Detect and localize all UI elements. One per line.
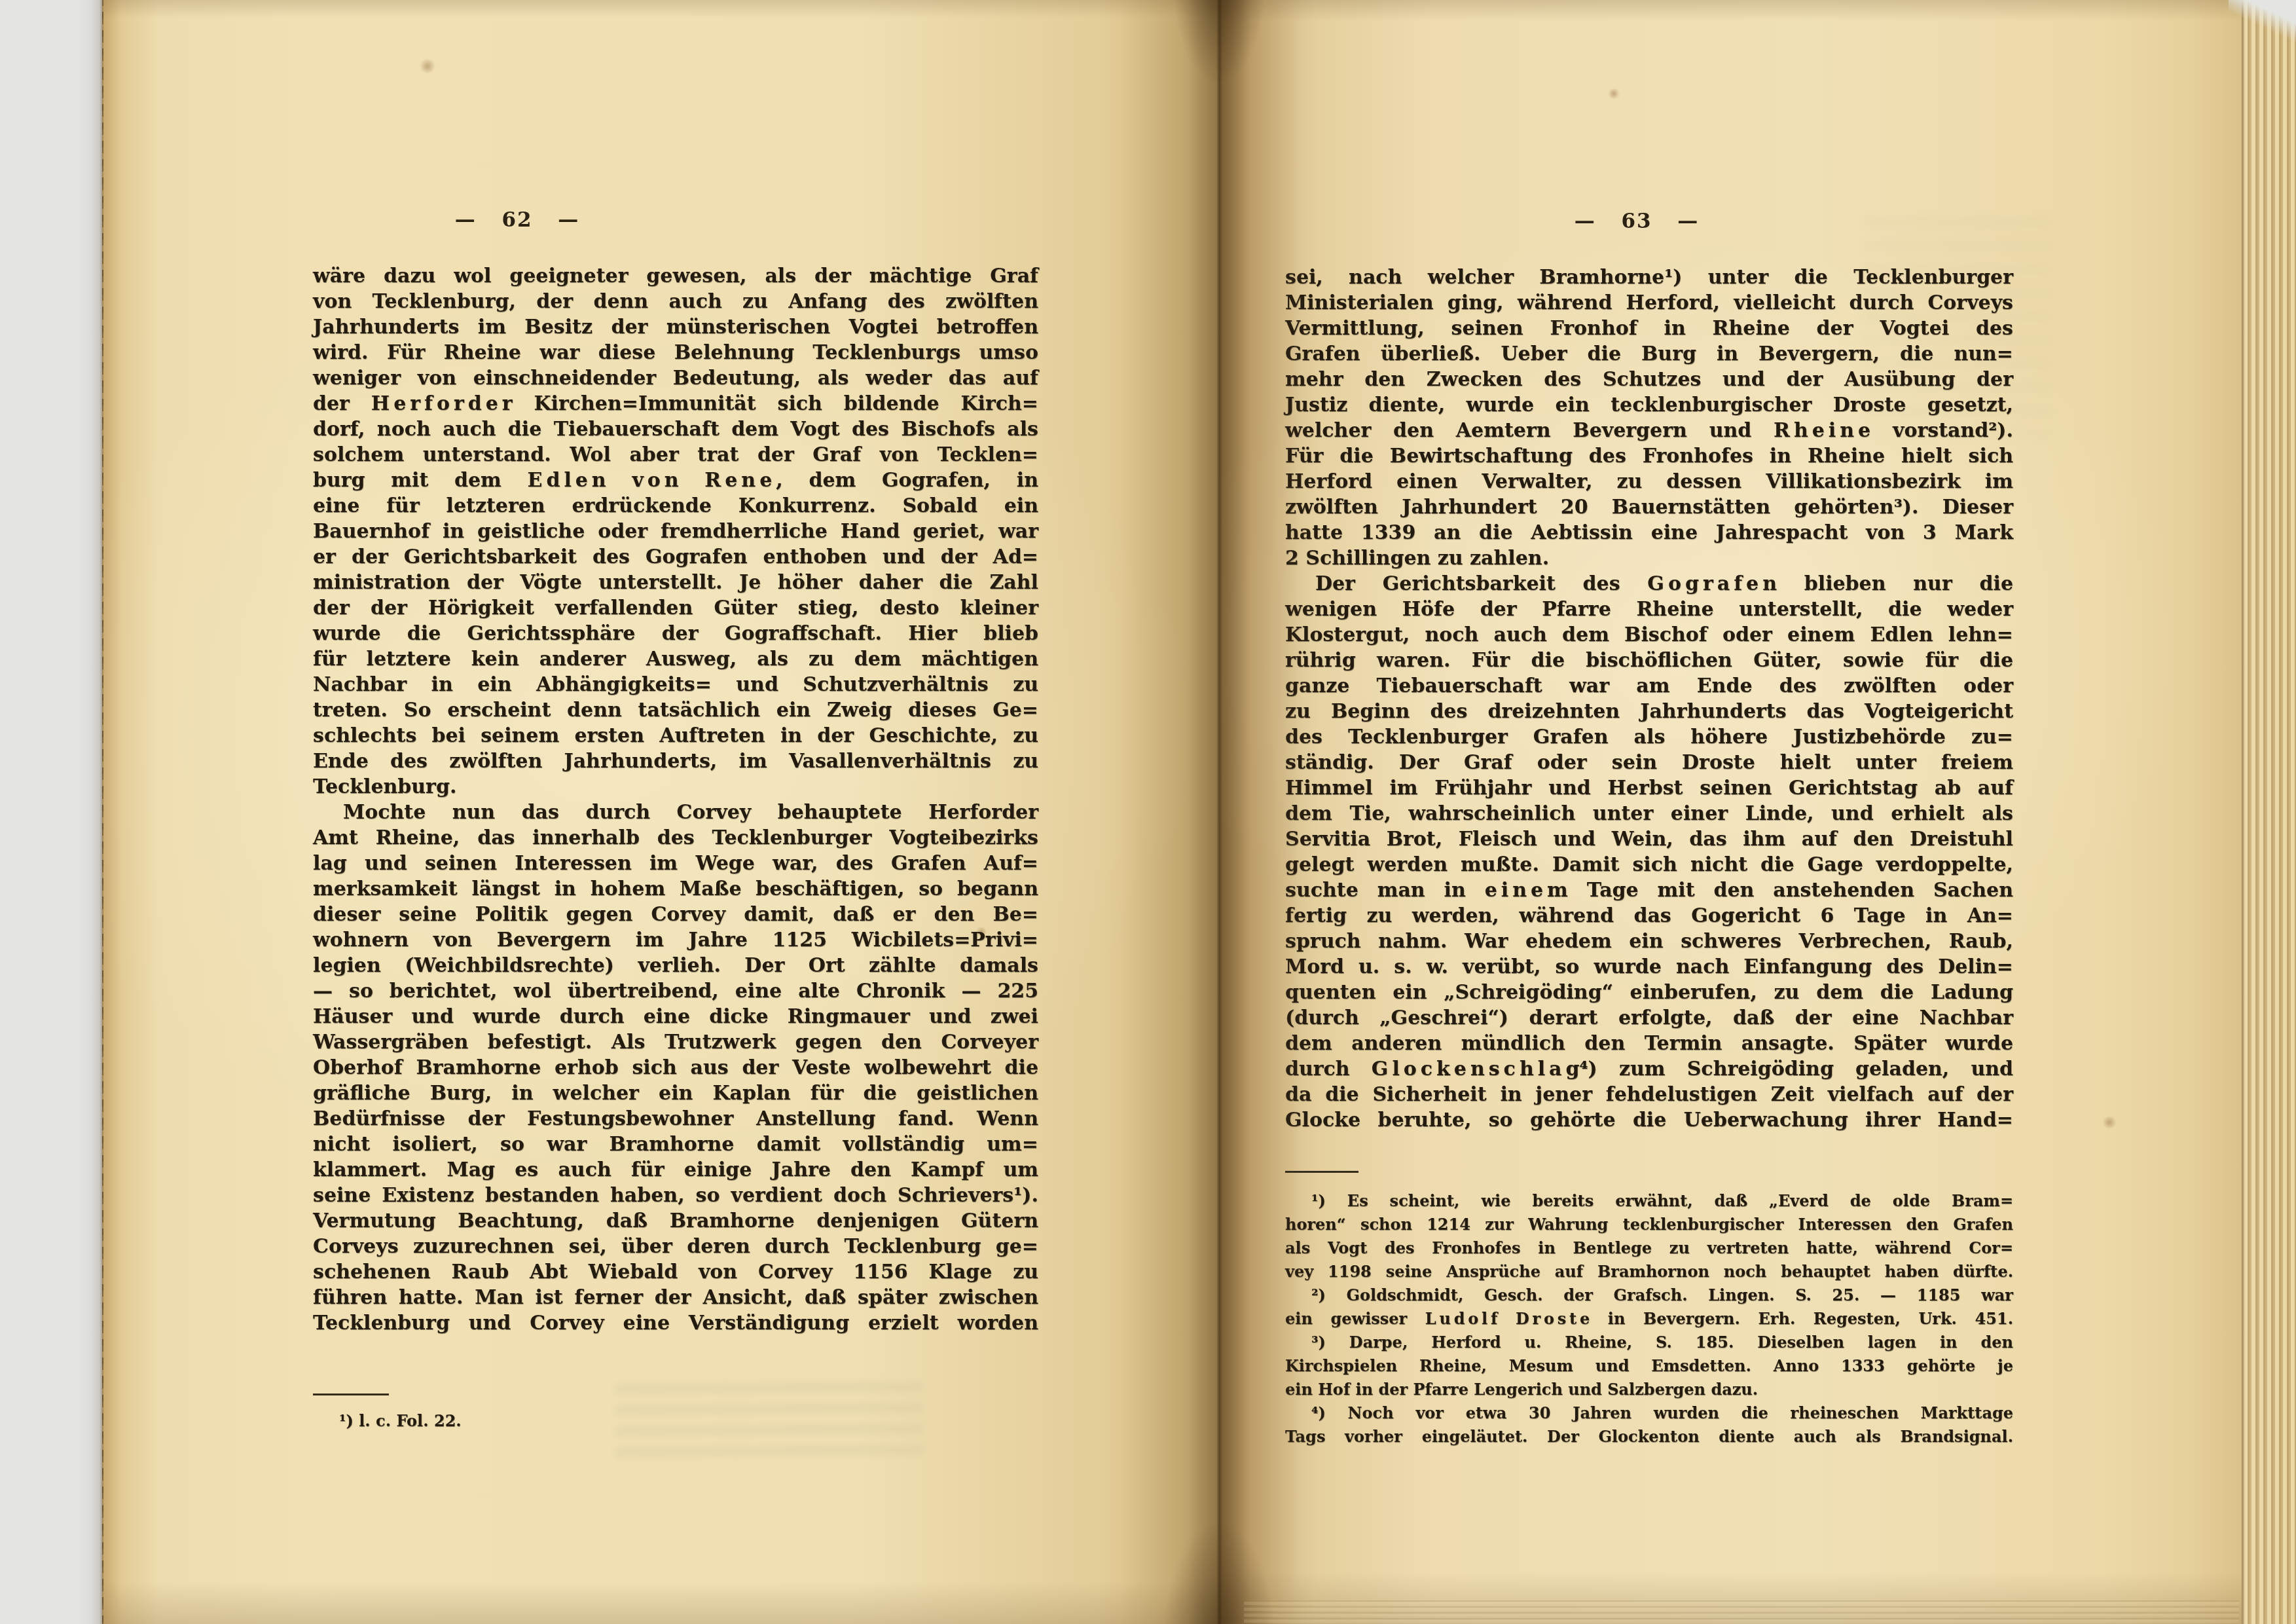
text-line: dem anderen mündlich den Termin ansagte.… [1285, 1031, 2013, 1056]
text-line: nicht isoliert, so war Bramhorne damit v… [313, 1132, 1038, 1157]
text-line: merksamkeit längst in hohem Maße beschäf… [313, 876, 1038, 902]
text-line: wenigen Höfe der Pfarre Rheine unterstel… [1285, 597, 2013, 622]
text-line: er der Gerichtsbarkeit des Gografen enth… [313, 544, 1038, 570]
text-line: rührig waren. Für die bischöflichen Güte… [1285, 648, 2013, 673]
text-line: mehr den Zwecken des Schutzes und der Au… [1285, 367, 2013, 392]
text-line: ⁴) Noch vor etwa 30 Jahren wurden die rh… [1285, 1401, 2013, 1425]
text-line: ¹) l. c. Fol. 22. [313, 1409, 1038, 1433]
text-line: des Tecklenburger Grafen als höhere Just… [1285, 724, 2013, 750]
text-line: schlechts bei seinem ersten Auftreten in… [313, 723, 1038, 748]
page-edge-stack-right [2242, 0, 2296, 1624]
text-line: zwölften Jahrhundert 20 Bauernstätten ge… [1285, 494, 2013, 520]
text-line: ³) Darpe, Herford u. Rheine, S. 185. Die… [1285, 1331, 2013, 1354]
text-line: wird. Für Rheine war diese Belehnung Tec… [313, 340, 1038, 365]
text-line: Tecklenburg und Corvey eine Verständigun… [313, 1310, 1038, 1336]
text-line: durch G l o c k e n s c h l a g⁴) zum Sc… [1285, 1056, 2013, 1082]
text-line: 2 Schillingen zu zahlen. [1285, 545, 2013, 571]
text-line: Vermutung Beachtung, daß Bramhorne denje… [313, 1208, 1038, 1234]
text-line: klammert. Mag es auch für einige Jahre d… [313, 1157, 1038, 1183]
footnote-separator-left [313, 1393, 389, 1395]
text-line: Bedürfnisse der Festungsbewohner Anstell… [313, 1106, 1038, 1132]
text-line: ständig. Der Graf oder sein Droste hielt… [1285, 750, 2013, 775]
text-line: Wassergräben befestigt. Als Trutzwerk ge… [313, 1029, 1038, 1055]
text-line: von Tecklenburg, der denn auch zu Anfang… [313, 289, 1038, 314]
text-line: ¹) Es scheint, wie bereits erwähnt, daß … [1285, 1189, 2013, 1213]
text-line: ²) Goldschmidt, Gesch. der Grafsch. Ling… [1285, 1283, 2013, 1307]
text-line: Für die Bewirtschaftung des Fronhofes in… [1285, 443, 2013, 469]
text-line: eine für letzteren erdrückende Konkurren… [313, 493, 1038, 519]
text-line: sei, nach welcher Bramhorne¹) unter die … [1285, 265, 2013, 290]
text-line: — so berichtet, wol übertreibend, eine a… [313, 978, 1038, 1004]
text-line: spruch nahm. War ehedem ein schweres Ver… [1285, 929, 2013, 954]
text-line: Nachbar in ein Abhängigkeits= und Schutz… [313, 672, 1038, 697]
text-line: Der Gerichtsbarkeit des G o g r a f e n … [1285, 571, 2013, 597]
text-line: Servitia Brot, Fleisch und Wein, das ihm… [1285, 826, 2013, 852]
text-line: dorf, noch auch die Tiebauerschaft dem V… [313, 416, 1038, 442]
text-line: Tags vorher eingeläutet. Der Glockenton … [1285, 1425, 2013, 1449]
text-line: (durch „Geschrei“) derart erfolgte, daß … [1285, 1005, 2013, 1031]
text-line: hatte 1339 an die Aebtissin eine Jahresp… [1285, 520, 2013, 545]
scanner-background [0, 0, 103, 1624]
text-line: legien (Weichbildsrechte) verlieh. Der O… [313, 953, 1038, 978]
text-line: der H e r f o r d e r Kirchen=Immunität … [313, 391, 1038, 416]
text-line: Corveys zuzurechnen sei, über deren durc… [313, 1234, 1038, 1259]
footnote-column-right: ¹) Es scheint, wie bereits erwähnt, daß … [1285, 1189, 2013, 1449]
text-line: fertig zu werden, während das Gogericht … [1285, 903, 2013, 929]
text-line: Klostergut, noch auch dem Bischof oder e… [1285, 622, 2013, 648]
text-line: Ministerialen ging, während Herford, vie… [1285, 290, 2013, 316]
text-line: lag und seinen Interessen im Wege war, d… [313, 851, 1038, 876]
text-line: führen hatte. Man ist ferner der Ansicht… [313, 1285, 1038, 1310]
text-line: solchem unterstand. Wol aber trat der Gr… [313, 442, 1038, 468]
text-line: Ende des zwölften Jahrhunderts, im Vasal… [313, 748, 1038, 774]
text-line: Vermittlung, seinen Fronhof in Rheine de… [1285, 316, 2013, 341]
text-line: der der Hörigkeit verfallenden Güter sti… [313, 595, 1038, 621]
text-line: als Vogt des Fronhofes in Bentlege zu ve… [1285, 1236, 2013, 1260]
text-line: dieser seine Politik gegen Corvey damit,… [313, 902, 1038, 927]
text-line: Tecklenburg. [313, 774, 1038, 800]
text-line: ein gewisser L u d o l f D r o s t e in … [1285, 1307, 2013, 1331]
text-line: treten. So erscheint denn tatsächlich ei… [313, 697, 1038, 723]
text-line: gelegt werden mußte. Damit sich nicht di… [1285, 852, 2013, 877]
main-text-column-left: wäre dazu wol geeigneter gewesen, als de… [313, 263, 1038, 1336]
text-line: wäre dazu wol geeigneter gewesen, als de… [313, 263, 1038, 289]
text-line: Justiz diente, wurde ein tecklenburgisch… [1285, 392, 2013, 418]
text-line: horen“ schon 1214 zur Wahrung tecklenbur… [1285, 1213, 2013, 1236]
text-line: ein Hof in der Pfarre Lengerich und Salz… [1285, 1378, 2013, 1401]
text-line: zu Beginn des dreizehnten Jahrhunderts d… [1285, 699, 2013, 724]
text-line: Grafen überließ. Ueber die Burg in Bever… [1285, 341, 2013, 367]
text-line: quenten ein „Schreigöding“ einberufen, z… [1285, 980, 2013, 1005]
text-line: Jahrhunderts im Besitz der münsterischen… [313, 314, 1038, 340]
text-line: gräfliche Burg, in welcher ein Kaplan fü… [313, 1080, 1038, 1106]
text-line: dem Tie, wahrscheinlich unter einer Lind… [1285, 801, 2013, 826]
page-edge-stack-bottom [1244, 1599, 2239, 1624]
text-line: Himmel im Frühjahr und Herbst seinen Ger… [1285, 775, 2013, 801]
text-line: Glocke beruhte, so gehörte die Ueberwach… [1285, 1107, 2013, 1133]
text-line: Mochte nun das durch Corvey behauptete H… [313, 800, 1038, 825]
text-line: suchte man in e i n e m Tage mit den ans… [1285, 877, 2013, 903]
footnote-column-left: ¹) l. c. Fol. 22. [313, 1409, 1038, 1433]
text-line: Häuser und wurde durch eine dicke Ringma… [313, 1004, 1038, 1029]
text-line: Amt Rheine, das innerhalb des Tecklenbur… [313, 825, 1038, 851]
text-line: ganze Tiebauerschaft war am Ende des zwö… [1285, 673, 2013, 699]
text-line: weniger von einschneidender Bedeutung, a… [313, 365, 1038, 391]
text-line: burg mit dem E d l e n v o n R e n e , d… [313, 468, 1038, 493]
text-line: da die Sicherheit in jener fehdelustigen… [1285, 1082, 2013, 1107]
scanner-corner-top-right [2229, 0, 2296, 62]
main-text-column-right: sei, nach welcher Bramhorne¹) unter die … [1285, 265, 2013, 1133]
text-line: Oberhof Bramhorne erhob sich aus der Ves… [313, 1055, 1038, 1080]
text-line: vey 1198 seine Ansprüche auf Bramhornon … [1285, 1260, 2013, 1283]
text-line: wohnern von Bevergern im Jahre 1125 Wicb… [313, 927, 1038, 953]
text-line: welcher den Aemtern Bevergern und R h e … [1285, 418, 2013, 443]
text-line: wurde die Gerichtssphäre der Gograffscha… [313, 621, 1038, 646]
footnote-separator-right [1285, 1171, 1358, 1173]
text-line: für letztere kein anderer Ausweg, als zu… [313, 646, 1038, 672]
text-line: seine Existenz bestanden haben, so verdi… [313, 1183, 1038, 1208]
page-number-left: — 62 — [412, 208, 622, 232]
text-line: Herford einen Verwalter, zu dessen Villi… [1285, 469, 2013, 494]
text-line: Kirchspielen Rheine, Mesum und Emsdetten… [1285, 1354, 2013, 1378]
text-line: Bauernhof in geistliche oder fremdherrli… [313, 519, 1038, 544]
page-number-right: — 63 — [1532, 210, 1741, 233]
book-scan: — 62 — — 63 — wäre dazu wol geeigneter g… [0, 0, 2296, 1624]
text-line: schehenen Raub Abt Wiebald von Corvey 11… [313, 1259, 1038, 1285]
text-line: ministration der Vögte unterstellt. Je h… [313, 570, 1038, 595]
text-line: Mord u. s. w. verübt, so wurde nach Einf… [1285, 954, 2013, 980]
